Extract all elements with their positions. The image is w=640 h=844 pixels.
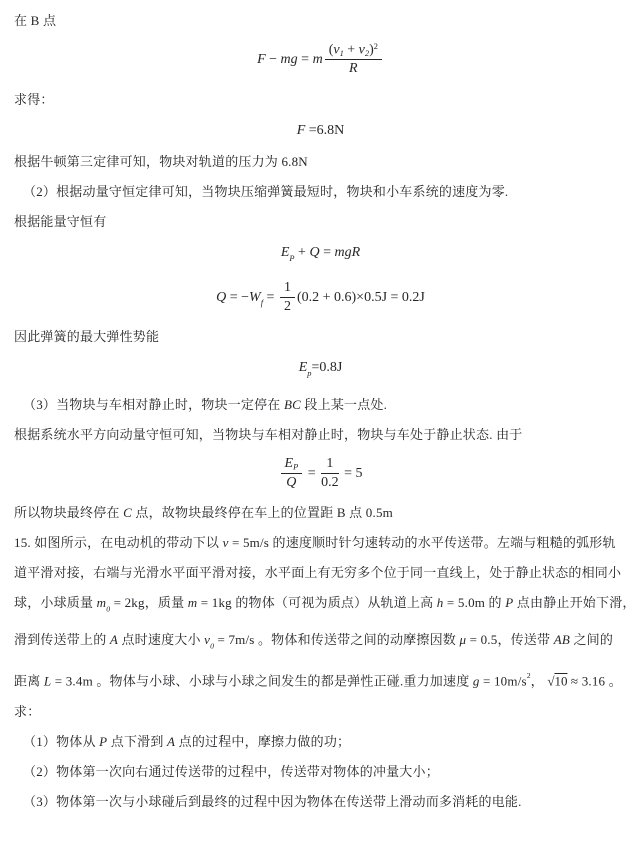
radicand: 10 (554, 674, 567, 689)
text-run: 段上某一点处. (301, 397, 387, 412)
text-run: （3）当物块与车相对静止时，物块一定停在 (23, 397, 284, 412)
text-line: 根据能量守恒有 (14, 213, 627, 230)
text-run: 之间的 (570, 632, 613, 647)
text-run: （1）物体从 (23, 734, 99, 749)
square-root: √10 (547, 674, 567, 689)
text-line: （1）物体从 P 点下滑到 A 点的过程中，摩擦力做的功； (14, 733, 627, 750)
math-variable: g (473, 674, 480, 689)
text-run: 求： (14, 704, 40, 719)
math-variable: C (123, 505, 132, 520)
text-run: = − (226, 290, 249, 305)
formula-line: F − mg = m(v1 + v2)2R (14, 42, 627, 78)
text-run: = 0.5，传送带 (466, 632, 554, 647)
document-page: 在 B 点F − mg = m(v1 + v2)2R求得：F =6.8N根据牛顿… (0, 0, 640, 844)
text-line: 15. 如图所示，在电动机的带动下以 v = 5m/s 的速度顺时针匀速转动的水… (14, 534, 627, 551)
formula-line: EP + Q = mgR (14, 243, 627, 268)
math-variable: BC (284, 397, 301, 412)
text-run: 根据系统水平方向动量守恒可知，当物块与车相对静止时，物块与车处于静止状态. 由于 (14, 427, 523, 442)
text-run: = 2kg，质量 (110, 595, 188, 610)
fraction: EPQ (279, 456, 305, 491)
text-run: ， (531, 674, 548, 689)
math-variable: R (349, 61, 358, 76)
text-run: = 3.4m 。物体与小球、小球与小球之间发生的都是弹性正碰.重力加速度 (51, 674, 473, 689)
formula-line: F =6.8N (14, 121, 627, 140)
text-run: 所以物块最终停在 (14, 505, 123, 520)
text-run: 0.2 (321, 475, 339, 490)
fraction-numerator: 1 (321, 456, 339, 474)
text-line: （2）物体第一次向右通过传送带的过程中，传送带对物体的冲量大小； (14, 763, 627, 780)
math-variable: E (299, 360, 308, 375)
text-run: = (320, 245, 335, 260)
text-run: （3）物体第一次与小球碰后到最终的过程中因为物体在传送带上滑动而多消耗的电能. (23, 794, 522, 809)
text-line: 因此弹簧的最大弹性势能 (14, 328, 627, 345)
text-run: = 5m/s 的速度顺时针匀速转动的水平传送带。左端与粗糙的弧形轨 (229, 535, 616, 550)
text-run: 15. 如图所示，在电动机的带动下以 (14, 535, 223, 550)
text-run: 点由静止开始下滑， (513, 595, 635, 610)
fraction-denominator: 2 (280, 298, 295, 315)
math-variable: m (97, 595, 107, 610)
fraction-denominator: R (325, 60, 382, 77)
text-run: （2）物体第一次向右通过传送带的过程中，传送带对物体的冲量大小； (23, 764, 439, 779)
text-run: 滑到传送带上的 (14, 632, 110, 647)
math-variable: AB (554, 632, 570, 647)
text-run: 1 (326, 456, 333, 471)
text-line: 求得： (14, 91, 627, 108)
text-run: = (298, 52, 313, 67)
fraction: (v1 + v2)2R (323, 42, 384, 78)
text-run: (0.2 + 0.6)×0.5J = 0.2J (297, 290, 425, 305)
fraction-denominator: 0.2 (321, 474, 339, 491)
text-run: 2 (284, 299, 291, 314)
text-line: 根据系统水平方向动量守恒可知，当物块与车相对静止时，物块与车处于静止状态. 由于 (14, 426, 627, 443)
text-run: = 5.0m 的 (443, 595, 505, 610)
math-variable: Q (286, 475, 296, 490)
text-run: − (266, 52, 281, 67)
fraction: 10.2 (319, 456, 341, 491)
math-variable: A (110, 632, 118, 647)
text-run: = 10m/s (480, 674, 527, 689)
math-variable: F (297, 123, 306, 138)
text-run: = 1kg 的物体（可视为质点）从轨道上高 (197, 595, 436, 610)
text-line: （3）当物块与车相对静止时，物块一定停在 BC 段上某一点处. (14, 396, 627, 413)
text-run: = 5 (341, 466, 363, 481)
text-run: （2）根据动量守恒定律可知，当物块压缩弹簧最短时，物块和小车系统的速度为零. (23, 184, 508, 199)
math-variable: E (285, 456, 294, 471)
text-run: 点，故物块最终停在车上的位置距 B 点 0.5m (132, 505, 393, 520)
text-run: 在 B 点 (14, 13, 56, 28)
text-run: 求得： (14, 92, 54, 107)
math-variable: mg (281, 52, 298, 67)
math-variable: F (257, 52, 266, 67)
text-line: 滑到传送带上的 A 点时速度大小 v0 = 7m/s 。物体和传送带之间的动摩擦… (14, 631, 627, 654)
fraction-numerator: (v1 + v2)2 (325, 42, 382, 60)
fraction-numerator: EP (281, 456, 303, 474)
text-run: ≈ 3.16 。 (567, 674, 621, 689)
text-run: 球，小球质量 (14, 595, 97, 610)
text-run: + (295, 245, 310, 260)
math-superscript: 2 (374, 42, 378, 51)
text-line: 求： (14, 703, 627, 720)
text-line: 根据牛顿第三定律可知，物块对轨道的压力为 6.8N (14, 153, 627, 170)
document-body: 在 B 点F − mg = m(v1 + v2)2R求得：F =6.8N根据牛顿… (14, 12, 627, 810)
formula-line: Ep=0.8J (14, 358, 627, 383)
text-run: 道平滑对接，右端与光滑水平面平滑对接，水平面上有无穷多个位于同一直线上，处于静止… (14, 565, 621, 580)
formula-line: EPQ = 10.2 = 5 (14, 456, 627, 491)
math-variable: A (167, 734, 175, 749)
text-run: 距离 (14, 674, 44, 689)
text-line: 球，小球质量 m0 = 2kg，质量 m = 1kg 的物体（可视为质点）从轨道… (14, 594, 627, 617)
math-variable: m (313, 52, 323, 67)
text-line: 在 B 点 (14, 12, 627, 29)
fraction-numerator: 1 (280, 280, 295, 298)
math-variable: Q (309, 245, 319, 260)
text-run: + (344, 42, 359, 57)
math-subscript: P (293, 463, 298, 472)
text-run: 因此弹簧的最大弹性势能 (14, 329, 159, 344)
text-run: 点时速度大小 (118, 632, 204, 647)
text-run: 1 (284, 280, 291, 295)
math-variable: m (188, 595, 198, 610)
text-run: = (263, 290, 278, 305)
text-run: =0.8J (311, 360, 342, 375)
text-line: （3）物体第一次与小球碰后到最终的过程中因为物体在传送带上滑动而多消耗的电能. (14, 793, 627, 810)
text-run: 点的过程中，摩擦力做的功； (175, 734, 350, 749)
text-run: = (304, 466, 319, 481)
math-variable: W (249, 290, 261, 305)
text-line: 距离 L = 3.4m 。物体与小球、小球与小球之间发生的都是弹性正碰.重力加速… (14, 667, 627, 690)
fraction-denominator: Q (281, 474, 303, 491)
text-run: 点下滑到 (107, 734, 167, 749)
formula-line: Q = −Wf = 12(0.2 + 0.6)×0.5J = 0.2J (14, 280, 627, 315)
text-line: （2）根据动量守恒定律可知，当物块压缩弹簧最短时，物块和小车系统的速度为零. (14, 183, 627, 200)
text-run: =6.8N (305, 123, 344, 138)
text-run: 根据牛顿第三定律可知，物块对轨道的压力为 6.8N (14, 154, 308, 169)
fraction: 12 (278, 280, 297, 315)
math-variable: mgR (334, 245, 360, 260)
math-variable: Q (216, 290, 226, 305)
text-line: 所以物块最终停在 C 点，故物块最终停在车上的位置距 B 点 0.5m (14, 504, 627, 521)
text-run: = 7m/s 。物体和传送带之间的动摩擦因数 (214, 632, 459, 647)
text-run: 根据能量守恒有 (14, 214, 106, 229)
text-line: 道平滑对接，右端与光滑水平面平滑对接，水平面上有无穷多个位于同一直线上，处于静止… (14, 564, 627, 581)
